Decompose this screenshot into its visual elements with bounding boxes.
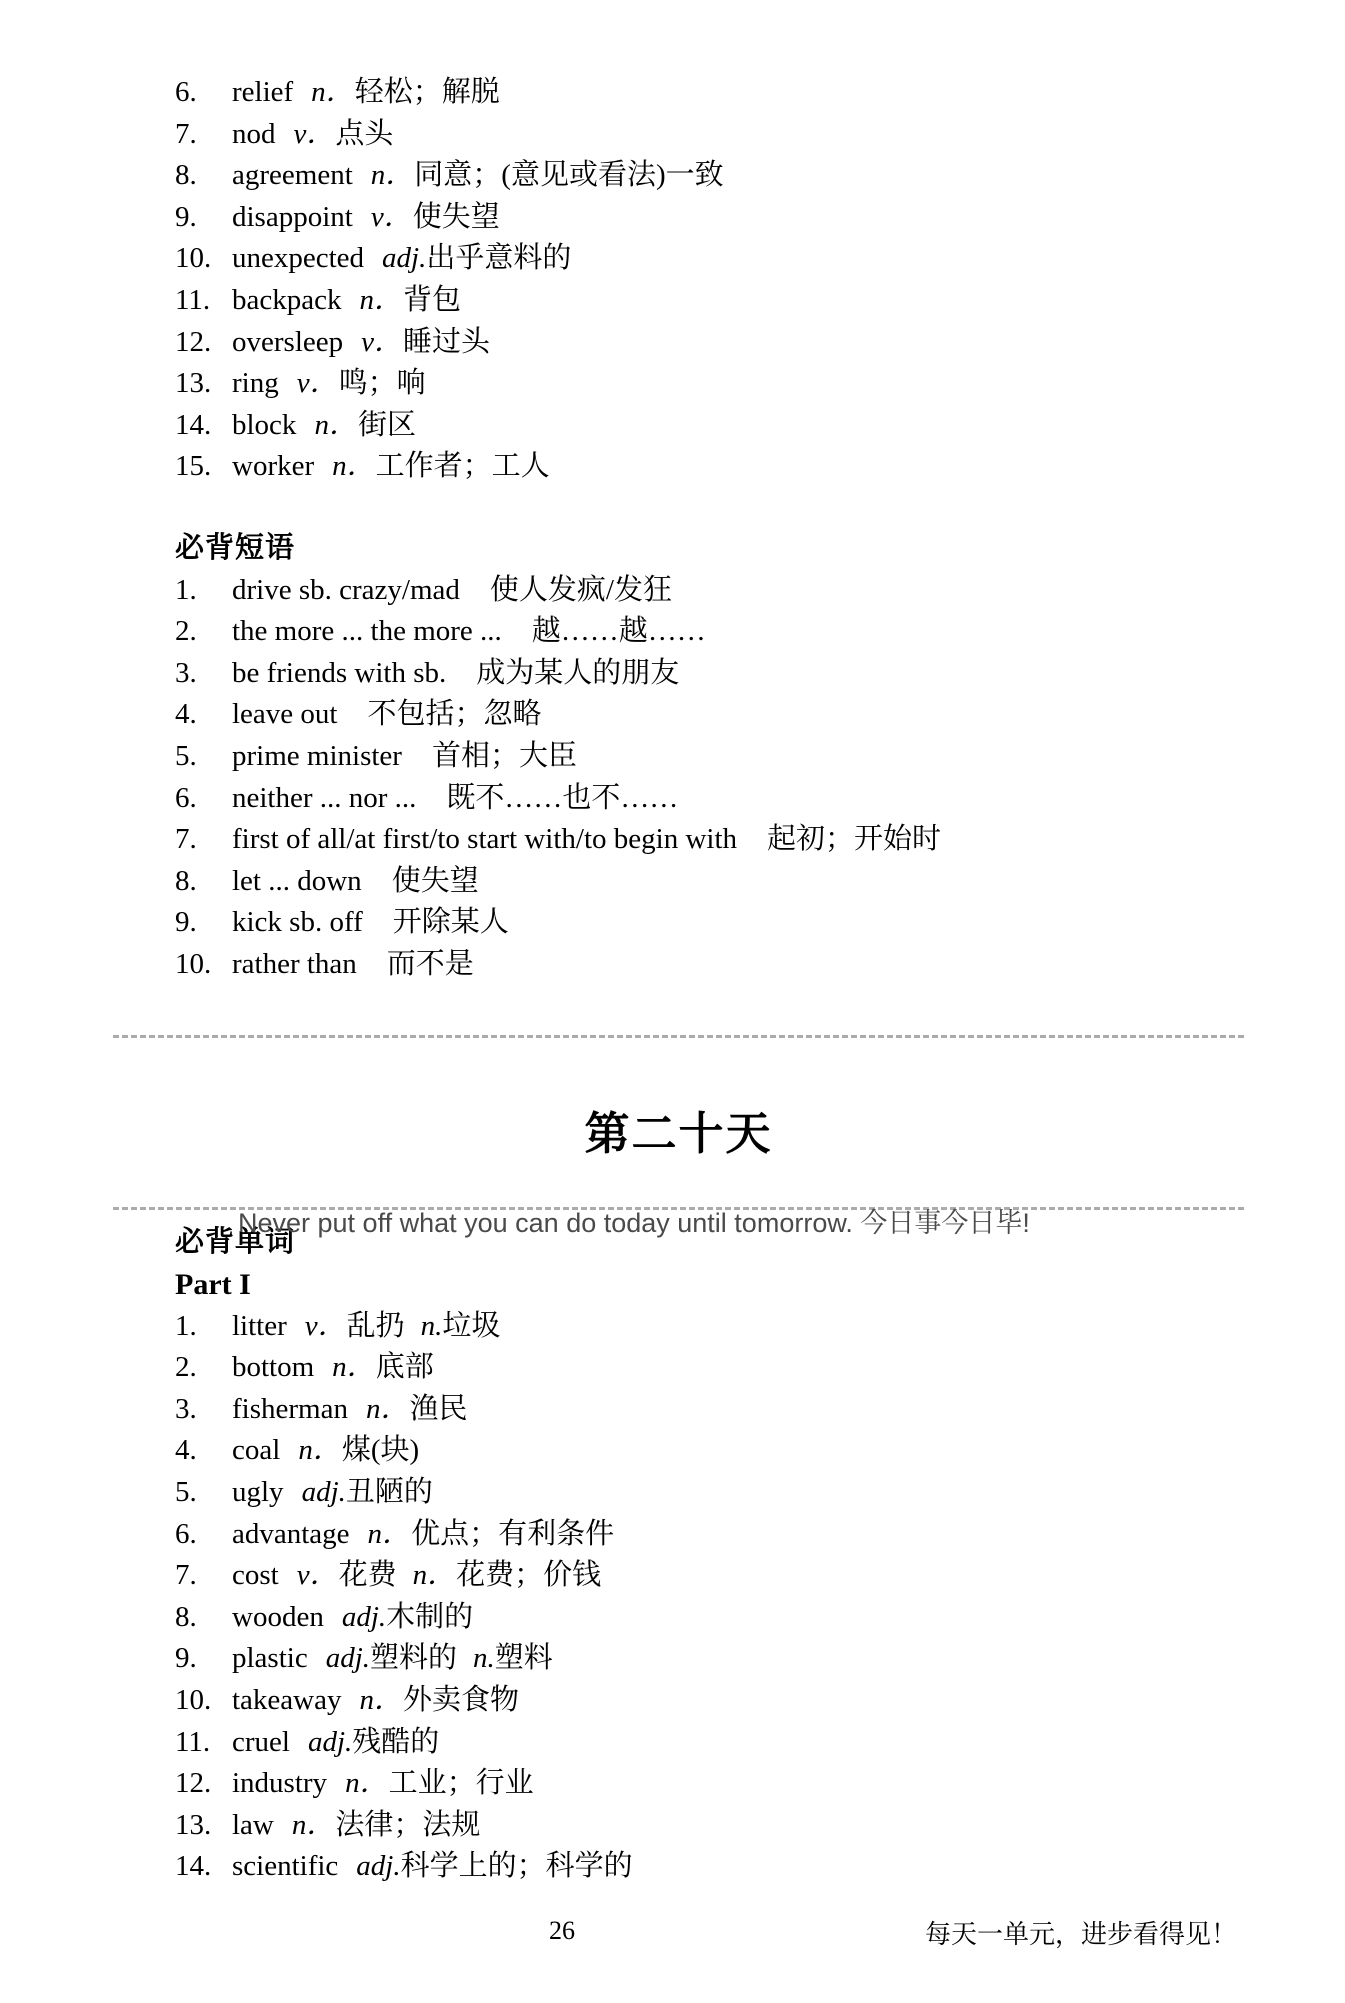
- item-chinese: 塑料的: [370, 1642, 457, 1674]
- phrase-item: 3.be friends with sb.成为某人的朋友: [175, 653, 1345, 695]
- item-chinese: 花费: [339, 1559, 397, 1591]
- item-chinese: 轻松；解脱: [355, 76, 500, 108]
- item-english: fisherman: [232, 1393, 348, 1425]
- item-english: plastic: [232, 1642, 308, 1674]
- item-number: 11.: [175, 1722, 232, 1764]
- item-chinese: 科学上的；科学的: [401, 1850, 633, 1882]
- item-number: 3.: [175, 1389, 232, 1431]
- item-chinese: 渔民: [409, 1393, 467, 1425]
- item-pos: n．: [311, 76, 355, 108]
- word-item: 9.plasticadj.塑料的n.塑料: [175, 1638, 1345, 1680]
- phrase-item: 8.let ... down使失望: [175, 861, 1345, 903]
- item-chinese: 工作者；工人: [376, 450, 550, 482]
- item-english: the more ... the more ...: [232, 615, 502, 647]
- item-chinese: 不包括；忽略: [367, 698, 541, 730]
- word-item: 4.coaln．煤(块): [175, 1430, 1345, 1472]
- item-chinese: 丑陋的: [346, 1476, 433, 1508]
- word-item: 7.nodv．点头: [175, 114, 1345, 156]
- item-chinese: 工业；行业: [389, 1767, 534, 1799]
- item-chinese2: 花费；价钱: [456, 1559, 601, 1591]
- item-pos2: n．: [413, 1559, 457, 1591]
- item-number: 15.: [175, 446, 232, 488]
- item-number: 12.: [175, 1763, 232, 1805]
- item-number: 6.: [175, 778, 232, 820]
- item-english: drive sb. crazy/mad: [232, 574, 460, 606]
- item-pos: adj.: [356, 1850, 400, 1882]
- item-english: nod: [232, 118, 276, 150]
- word-item: 12.oversleepv．睡过头: [175, 322, 1345, 364]
- item-number: 7.: [175, 1555, 232, 1597]
- item-english: be friends with sb.: [232, 657, 446, 689]
- item-number: 8.: [175, 1597, 232, 1639]
- item-english: relief: [232, 76, 293, 108]
- item-number: 14.: [175, 1846, 232, 1888]
- item-pos: v．: [294, 118, 336, 150]
- item-chinese: 出乎意料的: [426, 242, 571, 274]
- word-item: 9.disappointv．使失望: [175, 197, 1345, 239]
- word-item: 8.agreementn．同意；(意见或看法)一致: [175, 155, 1345, 197]
- phrase-item: 7.first of all/at first/to start with/to…: [175, 819, 1345, 861]
- item-english: oversleep: [232, 326, 343, 358]
- item-chinese: 优点；有利条件: [411, 1518, 614, 1550]
- word-item: 15.workern．工作者；工人: [175, 446, 1345, 488]
- item-number: 6.: [175, 1514, 232, 1556]
- phrases-section-heading: 必背短语: [175, 528, 1345, 570]
- word-item: 1.litterv．乱扔n.垃圾: [175, 1306, 1345, 1348]
- phrase-item: 9.kick sb. off开除某人: [175, 902, 1345, 944]
- item-chinese: 法律；法规: [335, 1809, 480, 1841]
- item-pos: n．: [360, 284, 404, 316]
- word-item: 6.advantagen．优点；有利条件: [175, 1514, 1345, 1556]
- word-item: 6.reliefn．轻松；解脱: [175, 72, 1345, 114]
- phrase-item: 10.rather than而不是: [175, 944, 1345, 986]
- word-item: 14.scientificadj.科学上的；科学的: [175, 1846, 1345, 1888]
- footer-slogan: 每天一单元，进步看得见！: [925, 1914, 1237, 1951]
- word-item: 13.lawn．法律；法规: [175, 1805, 1345, 1847]
- item-pos: n．: [332, 450, 376, 482]
- item-chinese: 背包: [403, 284, 461, 316]
- item-english: advantage: [232, 1518, 350, 1550]
- item-chinese: 使失望: [392, 865, 479, 897]
- item-pos: n．: [314, 409, 358, 441]
- document-page: 6.reliefn．轻松；解脱 7.nodv．点头 8.agreementn．同…: [0, 0, 1345, 2003]
- item-english: backpack: [232, 284, 342, 316]
- word-item: 13.ringv．鸣；响: [175, 363, 1345, 405]
- item-english: litter: [232, 1310, 287, 1342]
- item-english: industry: [232, 1767, 327, 1799]
- item-english: law: [232, 1809, 274, 1841]
- item-chinese: 睡过头: [403, 326, 490, 358]
- item-pos: v．: [361, 326, 403, 358]
- item-number: 5.: [175, 736, 232, 778]
- word-item: 14.blockn．街区: [175, 405, 1345, 447]
- phrase-item: 6.neither ... nor ...既不……也不……: [175, 778, 1345, 820]
- word-item: 7.costv．花费n．花费；价钱: [175, 1555, 1345, 1597]
- item-chinese: 首相；大臣: [432, 740, 577, 772]
- item-number: 13.: [175, 1805, 232, 1847]
- item-number: 8.: [175, 155, 232, 197]
- phrase-item: 2.the more ... the more ...越……越……: [175, 611, 1345, 653]
- item-english: wooden: [232, 1601, 324, 1633]
- word-item: 10.unexpectedadj.出乎意料的: [175, 238, 1345, 280]
- item-number: 11.: [175, 280, 232, 322]
- item-english: cost: [232, 1559, 279, 1591]
- phrase-item: 4.leave out不包括；忽略: [175, 694, 1345, 736]
- item-chinese: 使人发疯/发狂: [490, 574, 672, 606]
- item-chinese: 底部: [376, 1351, 434, 1383]
- dashed-divider: [113, 1035, 1244, 1038]
- word-item: 2.bottomn．底部: [175, 1347, 1345, 1389]
- item-chinese: 开除某人: [393, 906, 509, 938]
- item-english: scientific: [232, 1850, 338, 1882]
- item-chinese: 既不……也不……: [446, 782, 678, 814]
- word-item: 11.crueladj.残酷的: [175, 1722, 1345, 1764]
- item-number: 4.: [175, 1430, 232, 1472]
- item-pos: adj.: [326, 1642, 370, 1674]
- item-english: takeaway: [232, 1684, 342, 1716]
- item-number: 9.: [175, 902, 232, 944]
- word-item: 3.fishermann．渔民: [175, 1389, 1345, 1431]
- item-chinese: 使失望: [413, 201, 500, 233]
- item-pos2: n.: [421, 1310, 443, 1342]
- item-pos: v．: [297, 367, 339, 399]
- word-item: 10.takeawayn．外卖食物: [175, 1680, 1345, 1722]
- item-pos: n．: [360, 1684, 404, 1716]
- item-number: 1.: [175, 570, 232, 612]
- motto-text: Never put off what you can do today unti…: [238, 1206, 1030, 1240]
- item-english: rather than: [232, 948, 357, 980]
- item-number: 10.: [175, 238, 232, 280]
- item-pos: adj.: [308, 1726, 352, 1758]
- item-pos: n．: [298, 1434, 342, 1466]
- item-number: 10.: [175, 944, 232, 986]
- item-chinese: 点头: [335, 118, 393, 150]
- item-chinese: 鸣；响: [339, 367, 426, 399]
- item-pos: n．: [366, 1393, 410, 1425]
- page-number: 26: [532, 1916, 592, 1946]
- item-number: 13.: [175, 363, 232, 405]
- item-chinese2: 塑料: [495, 1642, 553, 1674]
- item-pos: n．: [345, 1767, 389, 1799]
- item-chinese: 起初；开始时: [767, 823, 941, 855]
- item-chinese: 越……越……: [532, 615, 706, 647]
- item-pos2: n.: [473, 1642, 495, 1674]
- item-number: 2.: [175, 1347, 232, 1389]
- item-number: 12.: [175, 322, 232, 364]
- item-pos: adj.: [302, 1476, 346, 1508]
- phrase-item: 1.drive sb. crazy/mad使人发疯/发狂: [175, 570, 1345, 612]
- item-english: disappoint: [232, 201, 353, 233]
- item-pos: n．: [332, 1351, 376, 1383]
- item-pos: n．: [292, 1809, 336, 1841]
- item-number: 14.: [175, 405, 232, 447]
- item-english: let ... down: [232, 865, 362, 897]
- item-english: kick sb. off: [232, 906, 363, 938]
- item-number: 8.: [175, 861, 232, 903]
- item-english: first of all/at first/to start with/to b…: [232, 823, 737, 855]
- word-item: 12.industryn．工业；行业: [175, 1763, 1345, 1805]
- item-pos: n．: [371, 159, 415, 191]
- item-chinese: 残酷的: [352, 1726, 439, 1758]
- item-number: 10.: [175, 1680, 232, 1722]
- item-pos: n．: [368, 1518, 412, 1550]
- item-english: coal: [232, 1434, 280, 1466]
- part-label: Part I: [175, 1264, 1345, 1306]
- item-number: 7.: [175, 819, 232, 861]
- item-english: unexpected: [232, 242, 364, 274]
- item-english: ugly: [232, 1476, 284, 1508]
- word-item: 8.woodenadj.木制的: [175, 1597, 1345, 1639]
- item-number: 4.: [175, 694, 232, 736]
- item-pos: v．: [297, 1559, 339, 1591]
- item-english: bottom: [232, 1351, 314, 1383]
- item-pos: v．: [305, 1310, 347, 1342]
- day-title: 第二十天: [113, 1103, 1244, 1165]
- item-number: 1.: [175, 1306, 232, 1348]
- item-chinese: 煤(块): [342, 1434, 419, 1466]
- item-number: 7.: [175, 114, 232, 156]
- item-chinese: 成为某人的朋友: [476, 657, 679, 689]
- item-english: block: [232, 409, 296, 441]
- item-number: 5.: [175, 1472, 232, 1514]
- word-item: 5.uglyadj.丑陋的: [175, 1472, 1345, 1514]
- word-item: 11.backpackn．背包: [175, 280, 1345, 322]
- item-english: neither ... nor ...: [232, 782, 416, 814]
- item-chinese: 而不是: [387, 948, 474, 980]
- item-chinese: 外卖食物: [403, 1684, 519, 1716]
- item-english: cruel: [232, 1726, 290, 1758]
- item-number: 3.: [175, 653, 232, 695]
- item-english: ring: [232, 367, 279, 399]
- item-pos: adj.: [342, 1601, 386, 1633]
- item-chinese: 街区: [358, 409, 416, 441]
- item-chinese2: 垃圾: [442, 1310, 500, 1342]
- item-chinese: 木制的: [386, 1601, 473, 1633]
- item-number: 9.: [175, 197, 232, 239]
- item-chinese: 同意；(意见或看法)一致: [414, 159, 723, 191]
- item-number: 6.: [175, 72, 232, 114]
- item-english: leave out: [232, 698, 337, 730]
- item-english: worker: [232, 450, 314, 482]
- item-english: agreement: [232, 159, 353, 191]
- item-chinese: 乱扔: [347, 1310, 405, 1342]
- phrase-item: 5.prime minister首相；大臣: [175, 736, 1345, 778]
- item-pos: v．: [371, 201, 413, 233]
- item-number: 2.: [175, 611, 232, 653]
- item-pos: adj.: [382, 242, 426, 274]
- item-number: 9.: [175, 1638, 232, 1680]
- item-english: prime minister: [232, 740, 402, 772]
